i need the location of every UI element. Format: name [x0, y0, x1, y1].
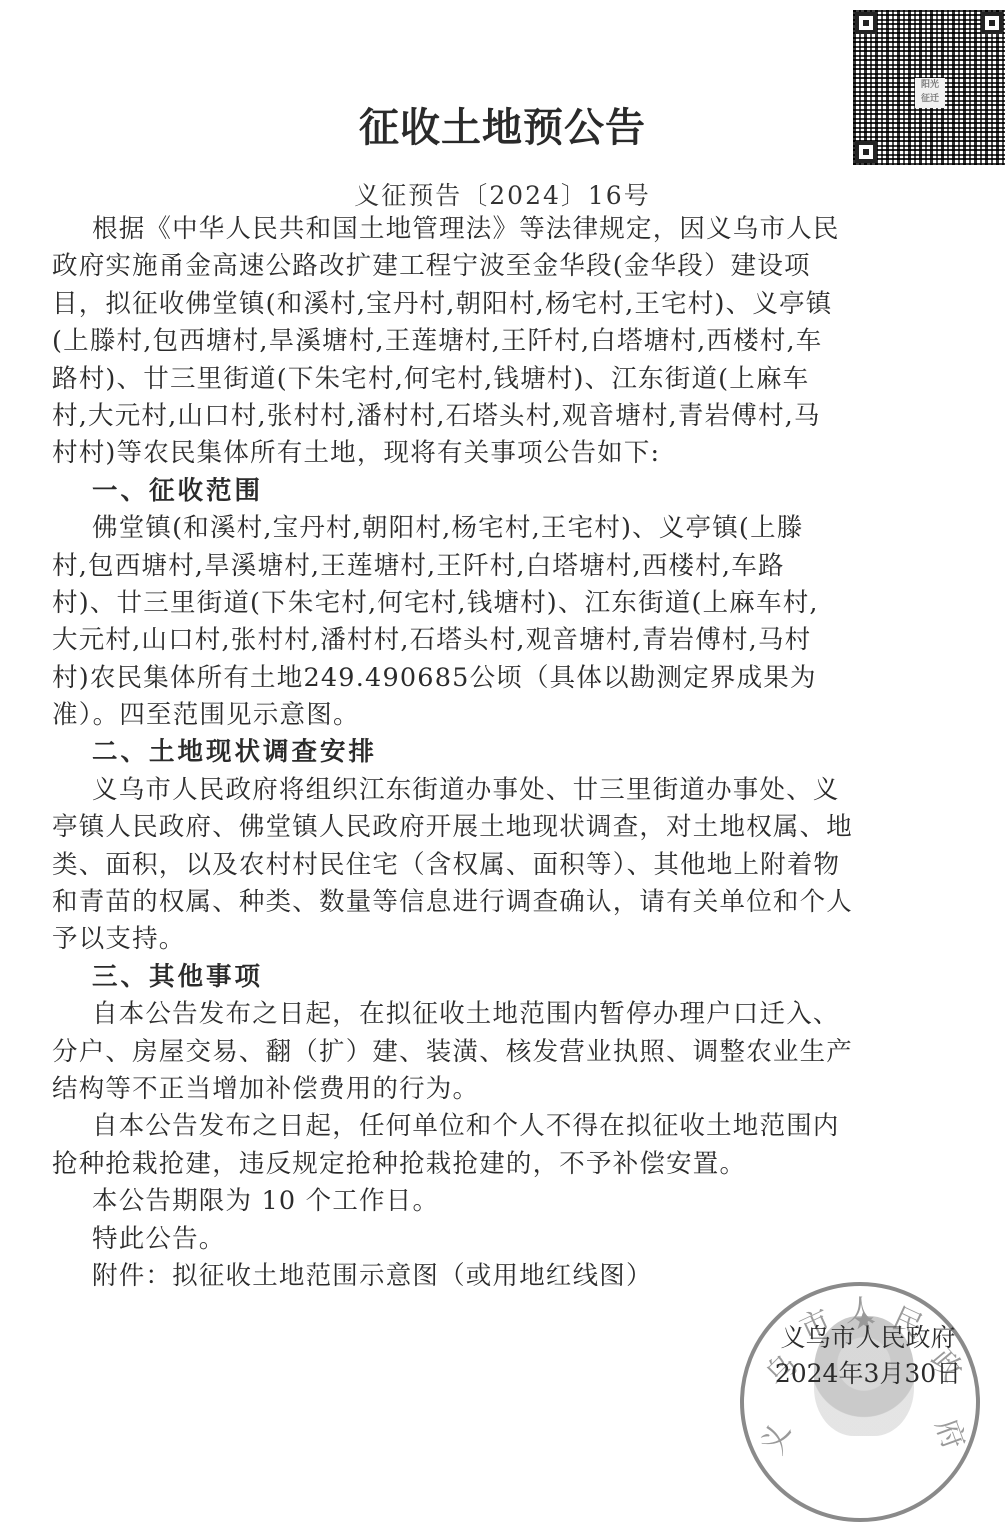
section-line: 村,包西塘村,旱溪塘村,王莲塘村,王阡村,白塔塘村,西楼村,车路: [52, 548, 972, 585]
section-heading: 三、其他事项: [52, 959, 972, 996]
official-seal: ★ 义 乌 市 人 民 政 府: [740, 1282, 980, 1522]
section-line: 准）。四至范围见示意图。: [52, 697, 972, 734]
section-line: 佛堂镇(和溪村,宝丹村,朝阳村,杨宅村,王宅村)、义亭镇(上滕: [52, 510, 972, 547]
intro-line: 根据《中华人民共和国土地管理法》等法律规定，因义乌市人民: [52, 211, 972, 248]
section-line: 大元村,山口村,张村村,潘村村,石塔头村,观音塘村,青岩傅村,马村: [52, 622, 972, 659]
intro-line: 村,大元村,山口村,张村村,潘村村,石塔头村,观音塘村,青岩傅村,马: [52, 398, 972, 435]
section-heading: 一、征收范围: [52, 473, 972, 510]
intro-line: 政府实施甬金高速公路改扩建工程宁波至金华段(金华段）建设项: [52, 248, 972, 285]
qr-finder-pattern: [981, 12, 1003, 34]
section-line: 义乌市人民政府将组织江东街道办事处、廿三里街道办事处、义: [52, 772, 972, 809]
intro-line: 目，拟征收佛堂镇(和溪村,宝丹村,朝阳村,杨宅村,王宅村)、义亭镇: [52, 286, 972, 323]
document-body: 根据《中华人民共和国土地管理法》等法律规定，因义乌市人民 政府实施甬金高速公路改…: [52, 211, 972, 1295]
issue-date: 2024年3月30日: [758, 1356, 978, 1392]
section-line: 结构等不正当增加补偿费用的行为。: [52, 1071, 972, 1108]
section-line: 分户、房屋交易、翻（扩）建、装潢、核发营业执照、调整农业生产: [52, 1034, 972, 1071]
section-line: 类、面积，以及农村村民住宅（含权属、面积等）、其他地上附着物: [52, 847, 972, 884]
intro-line: 村村)等农民集体所有土地，现将有关事项公告如下:: [52, 435, 972, 472]
seal-arc-char: 义: [747, 1416, 799, 1459]
signature-block: 义乌市人民政府 2024年3月30日: [758, 1320, 978, 1392]
document-title: 征收土地预公告: [0, 96, 1005, 153]
notice-period: 本公告期限为 10 个工作日。: [52, 1183, 972, 1220]
section-line: 村)农民集体所有土地249.490685公顷（具体以勘测定界成果为: [52, 660, 972, 697]
section-line: 亭镇人民政府、佛堂镇人民政府开展土地现状调查，对土地权属、地: [52, 809, 972, 846]
closing-remark: 特此公告。: [52, 1221, 972, 1258]
section-line: 自本公告发布之日起，任何单位和个人不得在拟征收土地范围内: [52, 1108, 972, 1145]
section-line: 予以支持。: [52, 921, 972, 958]
section-heading: 二、土地现状调查安排: [52, 734, 972, 771]
section-line: 村)、廿三里街道(下朱宅村,何宅村,钱塘村)、江东街道(上麻车村,: [52, 585, 972, 622]
seal-arc-char: 府: [927, 1411, 979, 1454]
qr-finder-pattern: [855, 12, 877, 34]
section-line: 自本公告发布之日起，在拟征收土地范围内暂停办理户口迁入、: [52, 996, 972, 1033]
qr-logo-text: 阳光: [915, 78, 945, 92]
section-line: 抢种抢栽抢建，违反规定抢种抢栽抢建的，不予补偿安置。: [52, 1146, 972, 1183]
intro-line: 路村)、廿三里街道(下朱宅村,何宅村,钱塘村)、江东街道(上麻车: [52, 361, 972, 398]
section-line: 和青苗的权属、种类、数量等信息进行调查确认，请有关单位和个人: [52, 884, 972, 921]
issuer-name: 义乌市人民政府: [758, 1320, 978, 1356]
document-number: 义征预告〔2024〕16号: [0, 176, 1005, 212]
intro-line: (上滕村,包西塘村,旱溪塘村,王莲塘村,王阡村,白塔塘村,西楼村,车: [52, 323, 972, 360]
